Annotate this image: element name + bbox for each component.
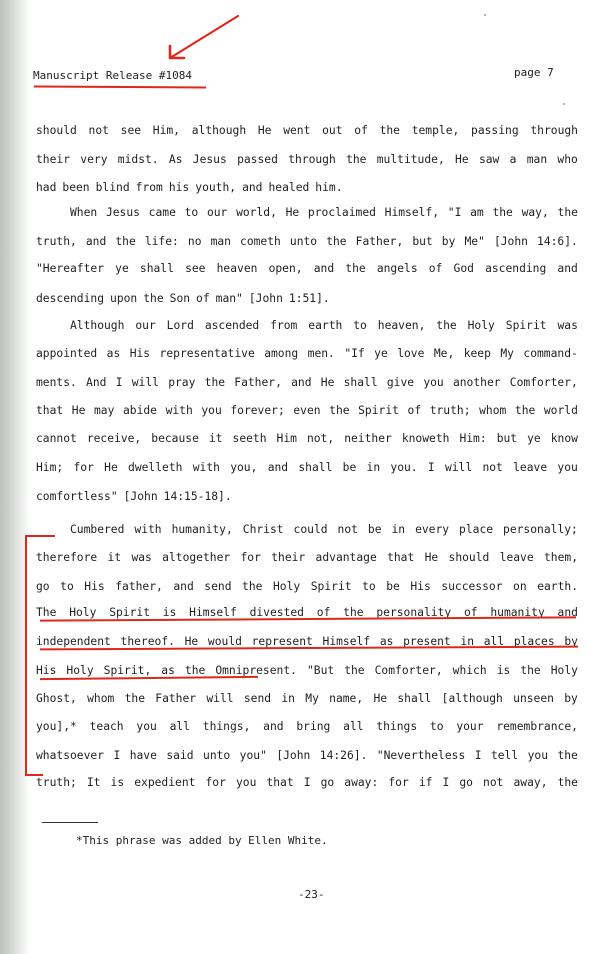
scan-speck <box>484 14 486 16</box>
body-line: thatHemayabidewithyouforever;eventheSpir… <box>36 404 578 417</box>
body-line: AlthoughourLordascendedfromearthtoheaven… <box>70 319 578 332</box>
body-line: cannotreceive,becauseitseethHimnot,neith… <box>36 432 578 445</box>
body-line: Cumberedwithhumanity,Christcouldnotbeine… <box>70 523 578 536</box>
title-red-underline <box>34 86 206 89</box>
red-arrow-annotation-icon <box>160 12 250 62</box>
red-bracket-top <box>25 535 55 537</box>
body-line: whatsoeverIhavesaiduntoyou"[John14:26]."… <box>36 749 578 762</box>
body-line: appointedasHisrepresentativeamongmen."If… <box>36 347 578 360</box>
body-line: hadbeenblindfromhisyouth,andhealedhim. <box>36 181 578 194</box>
body-line: you],*teachyouallthings,andbringallthing… <box>36 720 578 733</box>
document-title: Manuscript Release #1084 <box>33 69 192 82</box>
body-line: WhenJesuscametoourworld,HeproclaimedHims… <box>70 206 578 219</box>
page-label: page 7 <box>514 66 554 79</box>
body-line: truth,andthelife:nomancomethuntotheFathe… <box>36 235 578 248</box>
body-line: shouldnotseeHim,althoughHewentoutofthete… <box>36 124 578 137</box>
body-line: gotoHisfather,andsendtheHolySpirittobeHi… <box>36 580 578 593</box>
body-line: Ghost,whomtheFatherwillsendinMyname,Hesh… <box>36 692 578 705</box>
red-bracket-bottom <box>25 774 43 776</box>
body-line: descendingupontheSonofman"[John1:51]. <box>36 292 578 305</box>
body-line: "Hereafteryeshallseeheavenopen,andtheang… <box>36 262 578 275</box>
body-line: HisHolySpirit,astheOmnipresent."ButtheCo… <box>36 664 578 677</box>
footnote-rule <box>42 822 98 823</box>
scan-edge-shadow <box>0 0 30 954</box>
body-line: comfortless"[John14:15-18]. <box>36 490 578 503</box>
body-line: ments.AndIwillpraytheFather,andHeshallgi… <box>36 376 578 389</box>
body-line: theirverymidst.AsJesuspassedthroughthemu… <box>36 153 578 166</box>
red-bracket-vertical <box>25 536 27 775</box>
footnote: *This phrase was added by Ellen White. <box>76 834 328 847</box>
body-line: truth;ItisexpedientforyouthatIgoaway:for… <box>36 776 578 789</box>
body-line: thereforeitwasaltogetherfortheiradvantag… <box>36 551 578 564</box>
body-line: Him;forHedwellethwithyou,andshallbeinyou… <box>36 461 578 474</box>
scan-speck <box>563 103 565 105</box>
page-number: -23- <box>298 888 325 901</box>
